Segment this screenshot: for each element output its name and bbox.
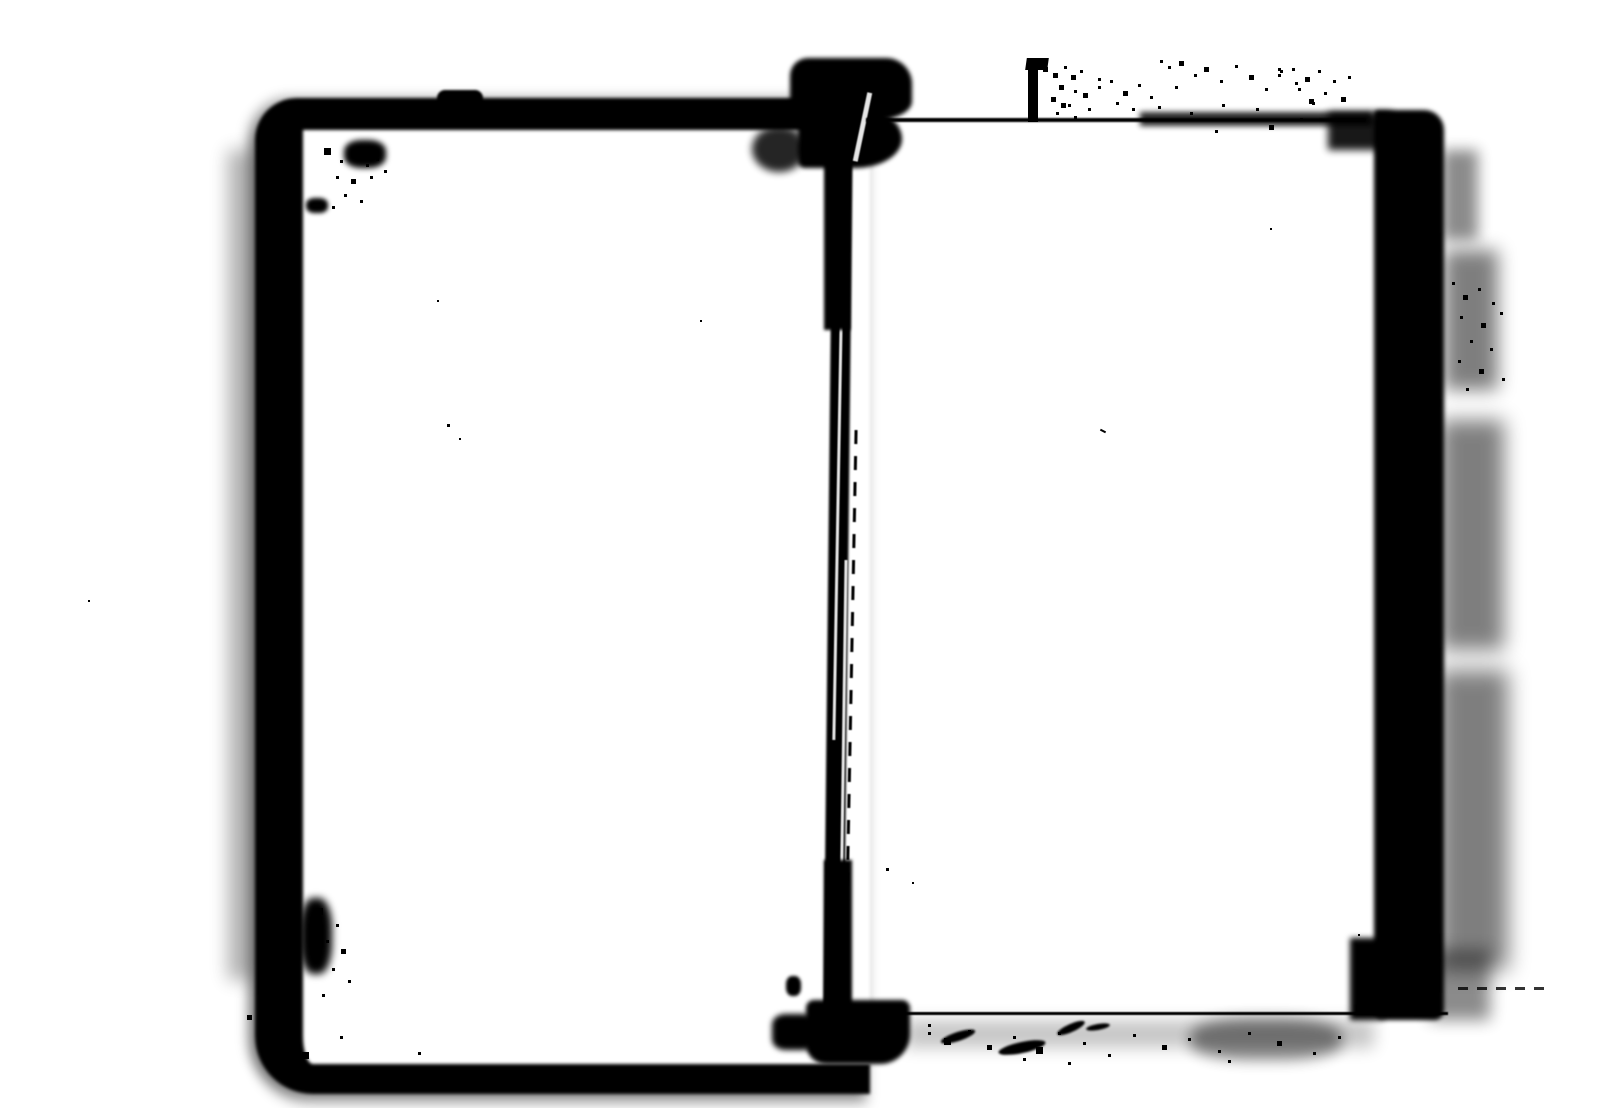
top-mid-speckle — [1098, 78, 1101, 81]
right-page-edge-bar-foot — [1350, 938, 1384, 1020]
toner-speck — [437, 300, 439, 302]
top-right-speckle — [1160, 60, 1163, 63]
toner-speck — [886, 868, 889, 871]
toner-speck — [700, 320, 702, 322]
top-left-corner-speckle — [326, 150, 329, 153]
toner-speck — [447, 424, 450, 427]
right-edge-haze — [1442, 150, 1478, 240]
right-edge-haze — [1444, 250, 1498, 390]
bottom-band-speckle — [928, 1024, 931, 1027]
spine-top-clamp-wing — [752, 126, 806, 172]
left-page-ink-border — [255, 98, 870, 1094]
spine-bottom-blob — [806, 1000, 910, 1064]
scanned-book-spread — [0, 0, 1600, 1108]
right-edge-haze — [1430, 950, 1490, 1020]
right-edge-haze — [1438, 670, 1508, 970]
spine-side-blotch — [786, 976, 801, 996]
top-left-corner-blotch-small — [306, 198, 328, 213]
spine-bottom-blob-step — [772, 1014, 816, 1050]
toner-speck — [88, 600, 90, 602]
right-page-edge-bar — [1374, 110, 1444, 1020]
toner-speck — [1358, 934, 1360, 936]
top-left-corner-blotch — [344, 140, 386, 168]
bottom-left-outer-speckle — [248, 1016, 251, 1019]
right-page-bottom-edge — [896, 1012, 1448, 1015]
spine-upper-thick — [824, 150, 850, 330]
left-border-outer-fuzz — [228, 150, 254, 980]
toner-speck — [1270, 228, 1272, 230]
left-border-top-notch — [437, 90, 483, 106]
bottom-right-dashed-hairline — [1458, 987, 1544, 990]
toner-speck — [1100, 429, 1106, 434]
top-right-speckle-2 — [1278, 68, 1281, 71]
right-page-bottom-blotch — [1190, 1018, 1342, 1060]
bottom-left-corner-speckle — [318, 910, 321, 913]
top-toner-mark-speckle — [1044, 64, 1047, 67]
toner-speck — [912, 882, 914, 884]
toner-speck — [459, 438, 461, 440]
spine-lower-thick — [824, 860, 852, 1020]
right-edge-haze — [1440, 420, 1504, 650]
bottom-left-corner-blotch — [300, 898, 332, 974]
right-edge-speckle — [1452, 282, 1455, 285]
